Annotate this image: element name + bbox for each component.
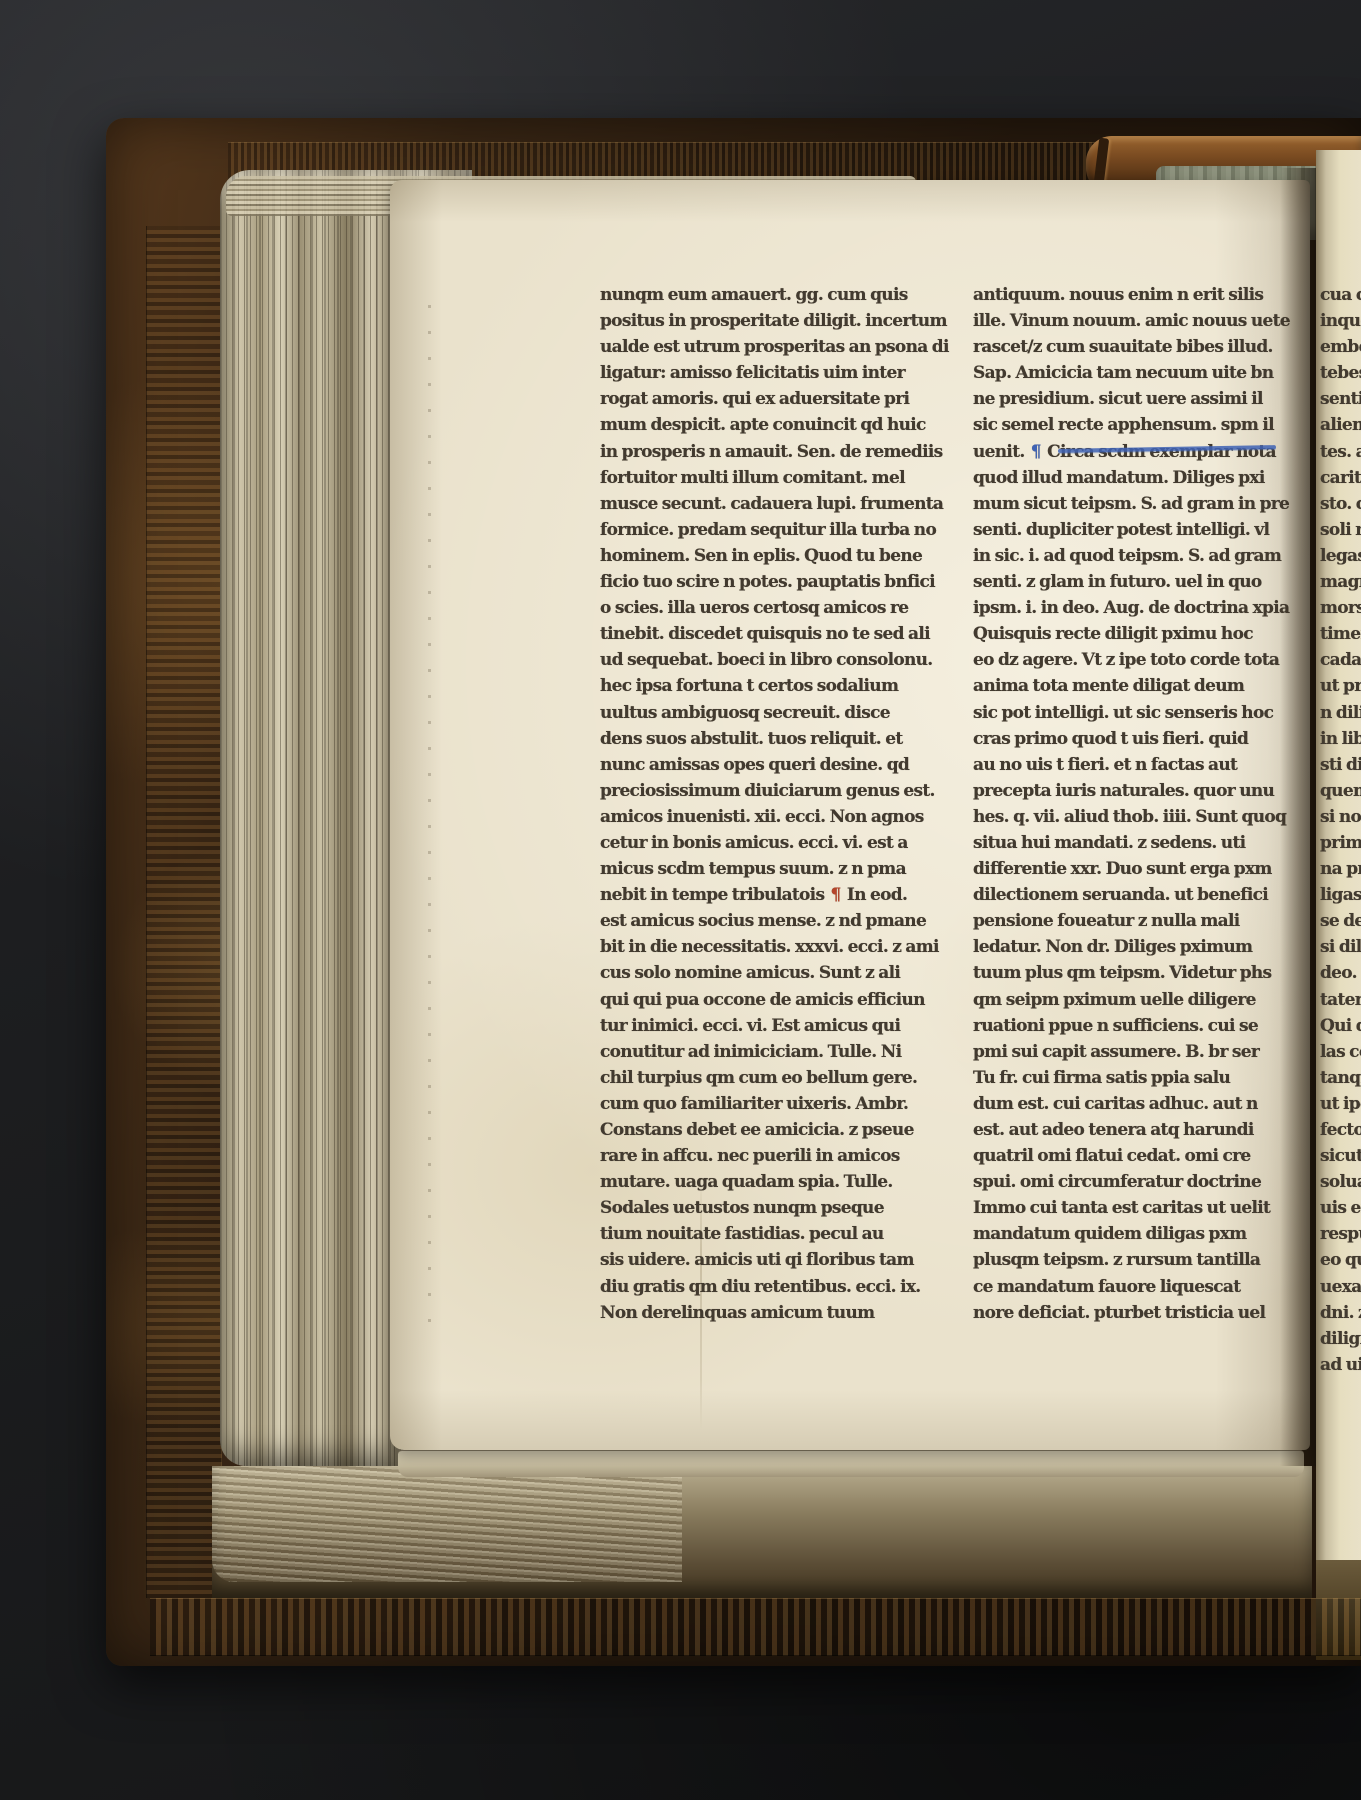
text-line: Sodales uetustos nunqm pseque [600,1195,952,1221]
text-line: pmi sui capit assumere. B. br ser [973,1039,1295,1065]
text-line: o scies. illa ueros certosq amicos re [600,595,952,621]
text-line: ce mandatum fauore liquescat [973,1274,1295,1300]
text-line: uenit. ¶ Circa scdm exemplar nota [973,439,1295,465]
text-line: precepta iuris naturales. quor unu [973,778,1295,804]
text-line: Tu fr. cui firma satis ppia salu [973,1065,1295,1091]
text-line: caritas an [1320,465,1361,491]
text-line: rascet/z cum suauitate bibes illud. [973,334,1295,360]
text-line: mum despicit. apte conuincit qd huic [600,412,952,438]
lower-page-edges [212,1466,682,1582]
text-line: anima tota mente diligat deum [973,673,1295,699]
text-line: in prosperis n amauit. Sen. de remediis [600,439,952,465]
text-line: ligatur: amisso felicitatis uim inter [600,360,952,386]
text-line: tinebit. discedet quisquis no te sed ali [600,621,952,647]
text-line: diligit. z [1320,1326,1361,1352]
text-line: ad uita [1320,1352,1361,1378]
text-line: Qui dili [1320,1013,1361,1039]
text-line: sic semel recte apphensum. spm il [973,412,1295,438]
text-line: in sic. i. ad quod teipsm. S. ad gram [973,543,1295,569]
text-line: eo quod [1320,1247,1361,1273]
text-line: conutitur ad inimiciciam. Tulle. Ni [600,1039,952,1065]
text-line: emberet [1320,334,1361,360]
text-line: ud sequebat. boeci in libro consolonu. [600,647,952,673]
text-line: tes. audi [1320,439,1361,465]
text-line: amicos inuenisti. xii. ecci. Non agnos [600,804,952,830]
text-line: rogat amoris. qui ex aduersitate pri [600,386,952,412]
text-line: cus solo nomine amicus. Sunt z ali [600,960,952,986]
text-line: plusqm teipsm. z rursum tantilla [973,1247,1295,1273]
text-line: nebit in tempe tribulatois ¶ In eod. [600,882,952,908]
text-line: est. aut adeo tenera atq harundi [973,1117,1295,1143]
text-line: Quisquis recte diligit pximu hoc [973,621,1295,647]
text-line: tanqm [1320,1065,1361,1091]
text-line: preciosissimum diuiciarum genus est. [600,778,952,804]
text-line: positus in prosperitate diligit. incertu… [600,308,952,334]
text-line: ualde est utrum prosperitas an psona di [600,334,952,360]
text-line: sto. cubes [1320,491,1361,517]
text-line: cras primo quod t uis fieri. quid [973,726,1295,752]
text-line: micus scdm tempus suum. z n pma [600,856,952,882]
text-line: si nosti di [1320,804,1361,830]
text-line: dum est. cui caritas adhuc. aut n [973,1091,1295,1117]
text-line: tatem d [1320,987,1361,1013]
text-line: uexamen [1320,1274,1361,1300]
text-line: pensione foueatur z nulla mali [973,908,1295,934]
text-line: se deo. s [1320,908,1361,934]
text-line: soli num [1320,517,1361,543]
text-line: diu gratis qm diu retentibus. ecci. ix. [600,1274,952,1300]
text-line: cum quo familiariter uixeris. Ambr. [600,1091,952,1117]
text-line: cetur in bonis amicus. ecci. vi. est a [600,830,952,856]
text-line: primum , [1320,830,1361,856]
text-line: n diligit p [1320,700,1361,726]
text-line: mandatum quidem diligas pxm [973,1221,1295,1247]
text-line: eo dz agere. Vt z ipe toto corde tota [973,647,1295,673]
text-line: quatril omi flatui cedat. omi cre [973,1143,1295,1169]
text-line: legas pxi [1320,543,1361,569]
text-line: Immo cui tanta est caritas ut uelit [973,1195,1295,1221]
text-line: sis uidere. amicis uti qi floribus tam [600,1247,952,1273]
text-line: antiquum. nouus enim n erit silis [973,282,1295,308]
text-line: formice. predam sequitur illa turba no [600,517,952,543]
text-line: sentiens [1320,386,1361,412]
text-line: spui. omi circumferatur doctrine [973,1169,1295,1195]
text-line: Sap. Amicicia tam necuum uite bn [973,360,1295,386]
rubric-paraph-mark: ¶ [829,885,843,905]
text-line: Non derelinquas amicum tuum [600,1300,952,1326]
text-line: tebescat. ut [1320,360,1361,386]
text-line: musce secunt. cadauera lupi. frumenta [600,491,952,517]
text-line: quem dili [1320,778,1361,804]
text-line: mutare. uaga quadam spia. Tulle. [600,1169,952,1195]
text-line: dni. z qd [1320,1300,1361,1326]
text-line: ipsm. i. in deo. Aug. de doctrina xpia [973,595,1295,621]
rubric-paraph-mark: ¶ [1029,442,1043,462]
facing-page-text-fragments: cua continqueretemberettebescat. utsenti… [1320,282,1361,1378]
text-line: las coni [1320,1039,1361,1065]
text-line: in libro de [1320,726,1361,752]
text-line: ligas te. [1320,882,1361,908]
text-line: dens suos abstulit. tuos reliquit. et [600,726,952,752]
text-line: est amicus socius mense. z nd pmane [600,908,952,934]
text-line: cadat. Cri [1320,647,1361,673]
text-line: differentie xxr. Duo sunt erga pxm [973,856,1295,882]
text-line: quod illud mandatum. Diliges pxi [973,465,1295,491]
text-line: tium nouitate fastidias. pecul au [600,1221,952,1247]
text-line: magna eti [1320,569,1361,595]
text-line: timendo s [1320,621,1361,647]
text-line: tur inimici. ecci. vi. Est amicus qui [600,1013,952,1039]
text-line: ille. Vinum nouum. amic nouus uete [973,308,1295,334]
text-line: situa hui mandati. z sedens. uti [973,830,1295,856]
text-line: hominem. Sen in eplis. Quod tu bene [600,543,952,569]
text-line: hec ipsa fortuna t certos sodalium [600,673,952,699]
text-line: rare in affcu. nec puerili in amicos [600,1143,952,1169]
text-line: au no uis t fieri. et n factas aut [973,752,1295,778]
text-line: nore deficiat. pturbet tristicia uel [973,1300,1295,1326]
text-line: si diligis [1320,934,1361,960]
ruling-pricking-marks [428,292,431,1322]
text-line: Constans debet ee amicicia. z pseue [600,1117,952,1143]
text-line: deo. psal [1320,960,1361,986]
gutter-fold-shadow [1280,168,1316,1466]
text-line: fortuitor multi illum comitant. mel [600,465,952,491]
text-column-right: antiquum. nouus enim n erit silisille. V… [973,282,1295,1326]
text-line: ledatur. Non dr. Diliges pximum [973,934,1295,960]
underlying-page-edge [398,1450,1304,1477]
text-line: mum sicut teipsm. S. ad gram in pre [973,491,1295,517]
cover-tooling-bottom-border [150,1598,1361,1656]
text-line: senti. z glam in futuro. uel in quo [973,569,1295,595]
text-line: qui qui pua occone de amicis efficiun [600,987,952,1013]
text-line: chil turpius qm cum eo bellum gere. [600,1065,952,1091]
text-line: uultus ambiguosq secreuit. disce [600,700,952,726]
text-line: ut ipe b [1320,1091,1361,1117]
text-line: sicut te. [1320,1143,1361,1169]
text-line: bit in die necessitatis. xxxvi. ecci. z … [600,934,952,960]
text-line: sic pot intelligi. ut sic senseris hoc [973,700,1295,726]
text-line: hes. q. vii. aliud thob. iiii. Sunt quoq [973,804,1295,830]
text-line: ficio tuo scire n potes. pauptatis bnfic… [600,569,952,595]
text-line: ut primu [1320,673,1361,699]
text-line: dilectionem seruanda. ut benefici [973,882,1295,908]
text-line: ruationi ppue n sufficiens. cui se [973,1013,1295,1039]
text-line: soluant [1320,1169,1361,1195]
text-line: aliena cari [1320,412,1361,438]
text-line: nunqm eum amauert. gg. cum quis [600,282,952,308]
text-line: tuum plus qm teipsm. Videtur phs [973,960,1295,986]
text-line: fecto pd [1320,1117,1361,1143]
text-line: mors la e [1320,595,1361,621]
text-line: uis emi [1320,1195,1361,1221]
text-line: sti diliget [1320,752,1361,778]
text-line: qm seipm pximum uelle diligere [973,987,1295,1013]
text-line: nunc amissas opes queri desine. qd [600,752,952,778]
text-line: respue s [1320,1221,1361,1247]
text-column-left: nunqm eum amauert. gg. cum quispositus i… [600,282,952,1326]
text-line: ne presidium. sicut uere assimi il [973,386,1295,412]
cover-tooling-left-border [146,226,222,1598]
text-line: senti. dupliciter potest intelligi. vl [973,517,1295,543]
text-line: inqueret [1320,308,1361,334]
text-line: na pmane [1320,856,1361,882]
text-line: cua cont [1320,282,1361,308]
